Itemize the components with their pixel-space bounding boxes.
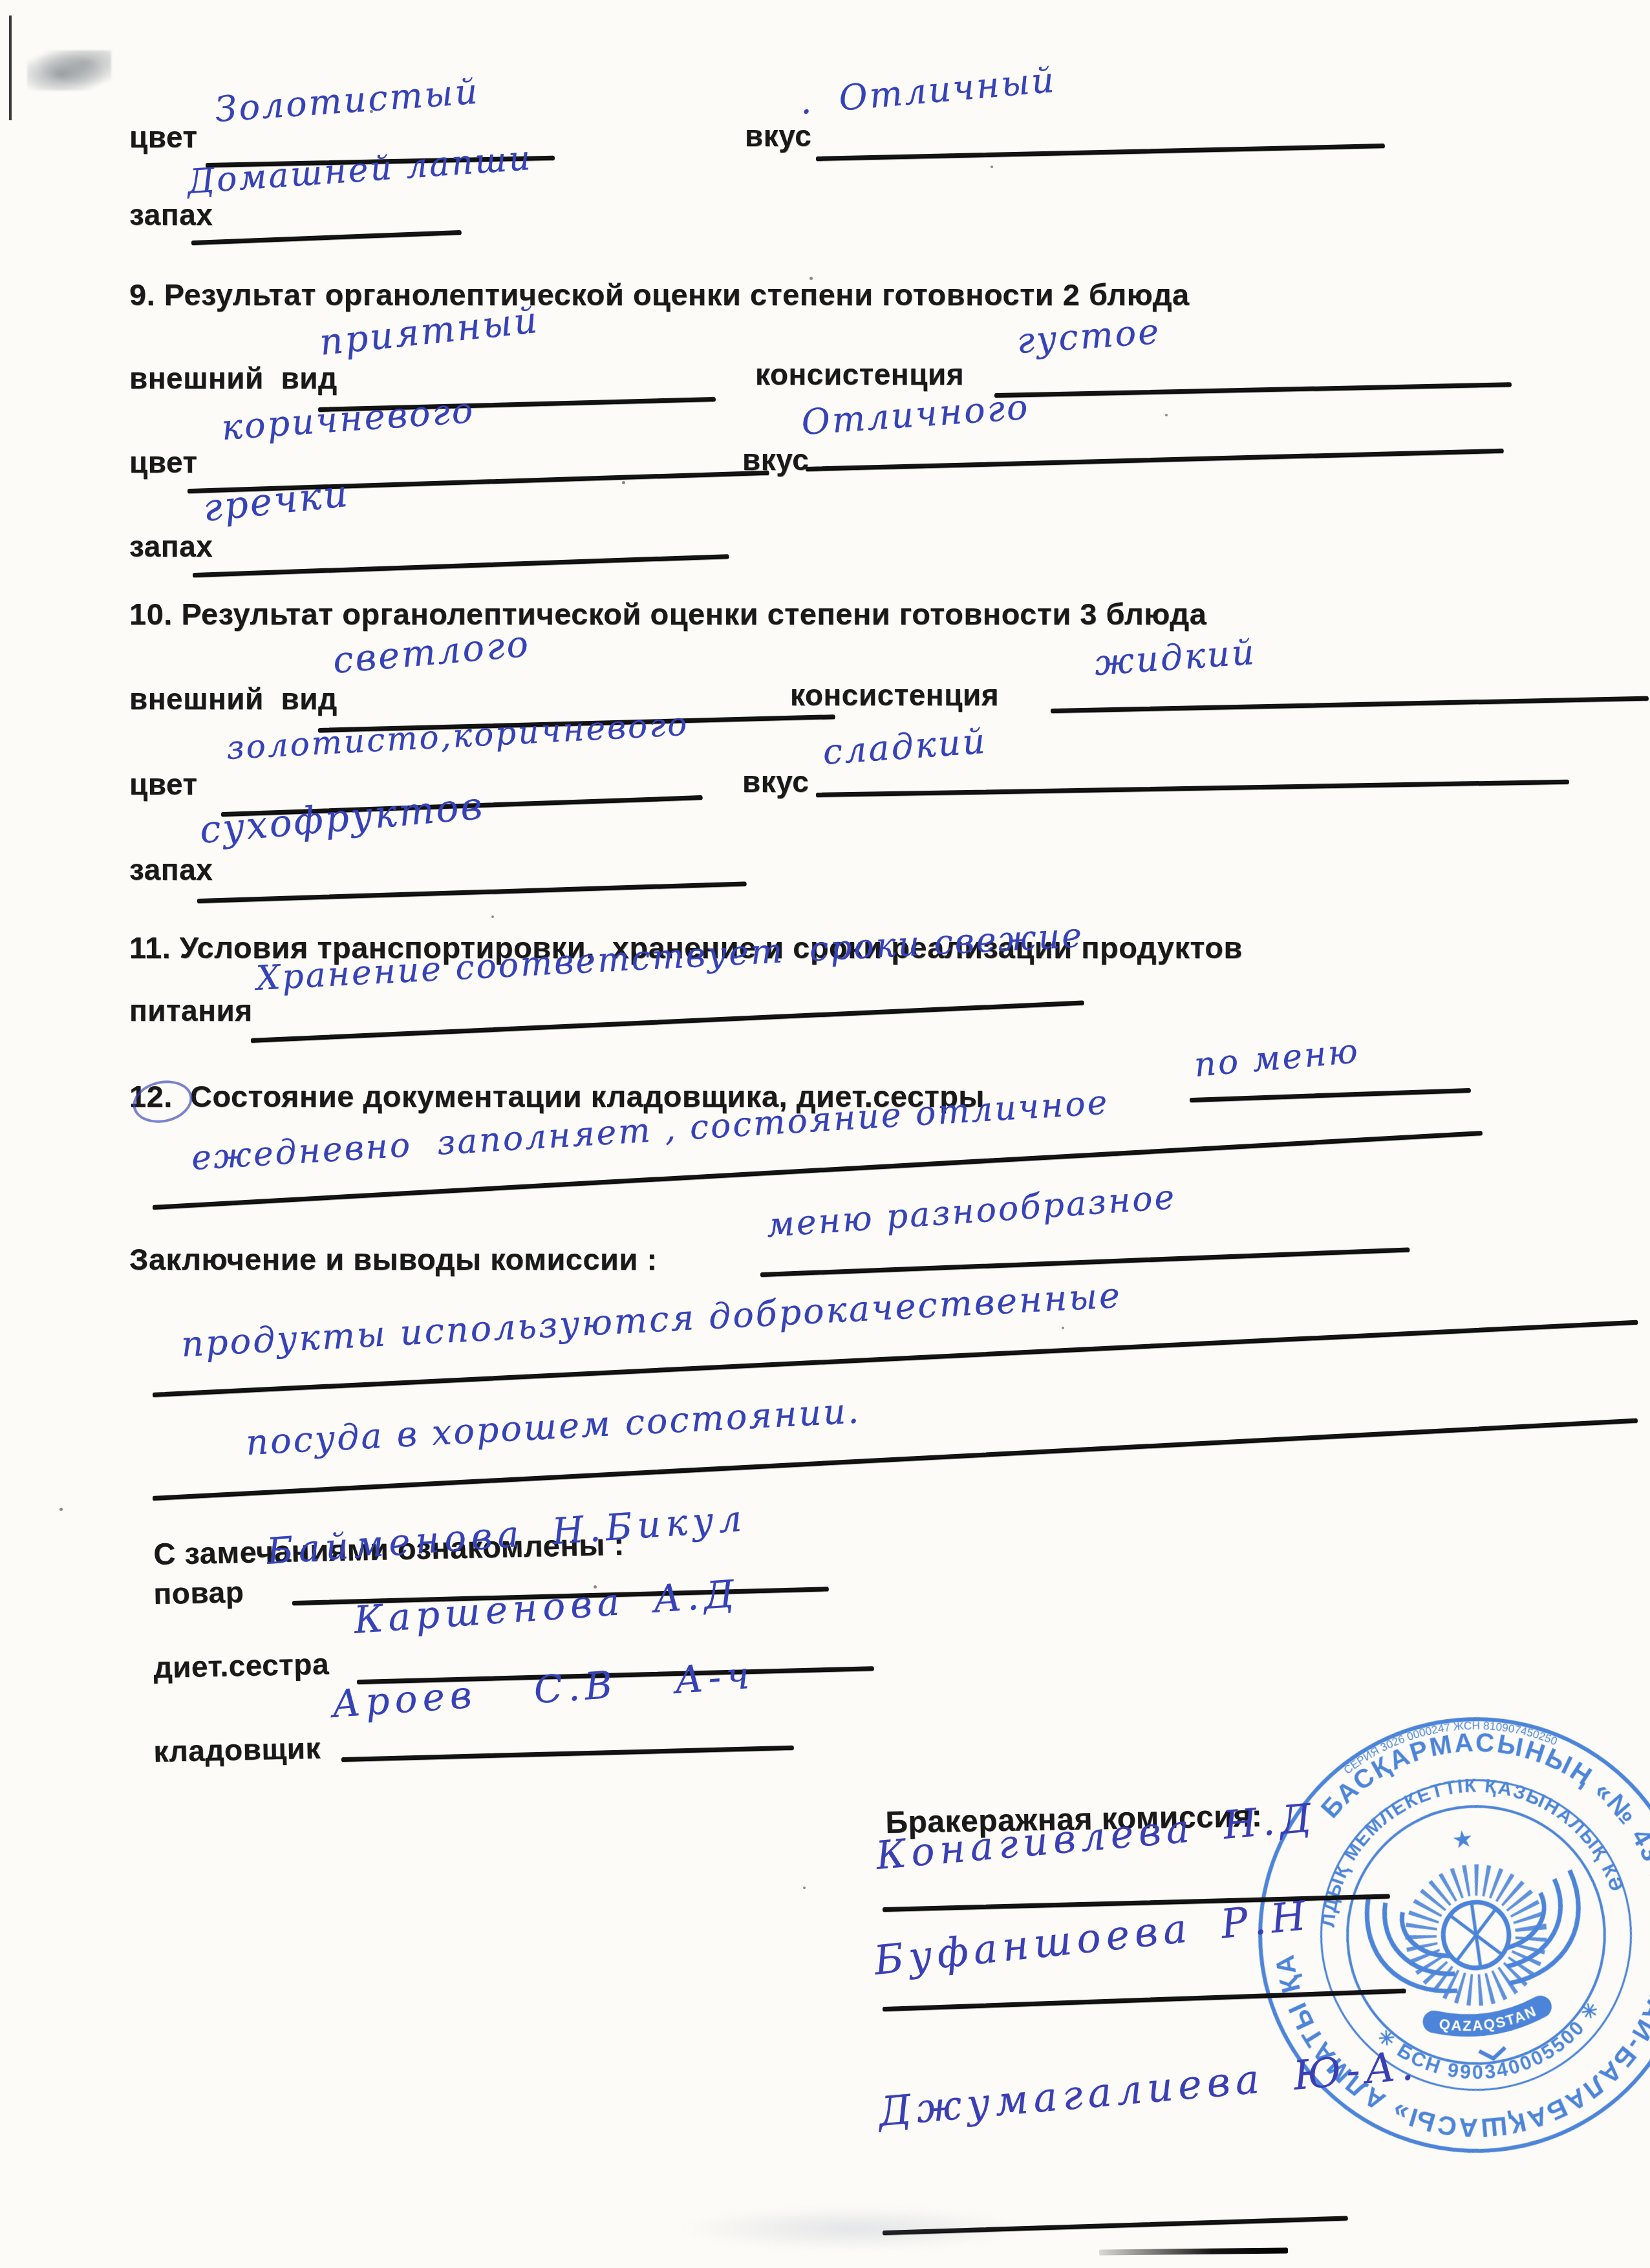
underline bbox=[816, 144, 1385, 161]
field-label-taste-1: вкус bbox=[745, 118, 811, 153]
handwritten-transport-conditions: Хранение соответствует сроки свежие bbox=[255, 916, 1084, 998]
handwritten-taste-10: сладкий bbox=[822, 720, 989, 773]
field-label-color-9: цвет bbox=[129, 445, 197, 480]
field-label-storekeeper: кладовщик bbox=[153, 1731, 321, 1769]
underline bbox=[251, 1000, 1084, 1043]
storekeeper-signature: Ароев С.В А-ч bbox=[330, 1653, 756, 1726]
scan-speck bbox=[991, 166, 993, 168]
field-label-pitaniya: питания bbox=[129, 993, 253, 1028]
handwritten-consistency-10: жидкий bbox=[1093, 632, 1258, 683]
field-label-appearance-9: внешний вид bbox=[129, 361, 337, 396]
scan-edge-artifact bbox=[9, 16, 12, 120]
scan-speck bbox=[1062, 1327, 1064, 1329]
field-label-diet-nurse: диет.сестра bbox=[153, 1646, 330, 1685]
handwritten-taste-9: Отличного bbox=[800, 387, 1031, 443]
underline bbox=[806, 449, 1504, 471]
field-label-color-1: цвет bbox=[129, 120, 197, 155]
field-label-appearance-10: внешний вид bbox=[129, 681, 337, 716]
field-label-taste-9: вкус bbox=[742, 442, 809, 477]
handwritten-smell-9: гречки bbox=[201, 471, 352, 530]
field-label-consistency-10: консистенция bbox=[790, 678, 999, 712]
scan-speck bbox=[622, 481, 625, 484]
handwritten-smell-10: сухофруктов bbox=[198, 784, 486, 852]
scanned-inspection-form: цвет Золотистый вкус . Отличный запах До… bbox=[0, 0, 1650, 2268]
underline bbox=[197, 881, 747, 903]
underline bbox=[994, 382, 1512, 398]
underline bbox=[341, 1746, 794, 1762]
underline bbox=[193, 554, 729, 577]
field-label-smell-10: запах bbox=[129, 852, 213, 887]
field-label-consistency-9: консистенция bbox=[755, 357, 964, 392]
field-label-color-10: цвет bbox=[129, 767, 197, 802]
handwritten-conclusion-3: посуда в хорошем состоянии. bbox=[245, 1390, 862, 1463]
scan-speck bbox=[1165, 414, 1168, 416]
section-9-title: 9. Результат органолептической оценки ст… bbox=[129, 277, 1190, 312]
field-label-cook: повар bbox=[153, 1574, 244, 1611]
scan-speck bbox=[803, 1887, 806, 1889]
ghost-text-artifact bbox=[679, 2206, 1028, 2251]
scan-speck bbox=[59, 1508, 63, 1511]
underline bbox=[1190, 1088, 1471, 1102]
handwritten-color-1: Золотистый bbox=[214, 71, 481, 130]
conclusion-label: Заключение и выводы комиссии : bbox=[129, 1241, 658, 1277]
handwritten-conclusion-1: меню разнообразное bbox=[766, 1178, 1177, 1245]
underline bbox=[760, 1247, 1410, 1277]
handwritten-consistency-9: густое bbox=[1016, 311, 1162, 361]
handwritten-smell-1: Домашней лапши bbox=[186, 139, 533, 202]
handwritten-docs-state-1: по меню bbox=[1193, 1032, 1362, 1085]
scan-speck bbox=[491, 915, 494, 918]
field-label-smell-1: запах bbox=[129, 197, 213, 232]
field-label-smell-9: запах bbox=[129, 529, 213, 564]
handwritten-color-9: коричневого bbox=[220, 390, 476, 448]
handwritten-conclusion-2: продукты используются доброкачественные bbox=[180, 1275, 1123, 1365]
scan-page-edge-line bbox=[1099, 2247, 1288, 2255]
section-10-title: 10. Результат органолептической оценки с… bbox=[129, 596, 1206, 632]
diet-nurse-signature: Каршенова А.Д bbox=[352, 1572, 741, 1642]
underline bbox=[816, 780, 1569, 797]
field-label-taste-10: вкус bbox=[742, 764, 809, 799]
underline bbox=[191, 230, 462, 245]
underline bbox=[1051, 696, 1649, 713]
svg-text:★: ★ bbox=[1450, 1824, 1475, 1854]
scan-smudge bbox=[27, 50, 111, 91]
handwritten-appearance-10: светлого bbox=[331, 623, 531, 682]
handwritten-taste-1: . Отличный bbox=[798, 59, 1058, 122]
